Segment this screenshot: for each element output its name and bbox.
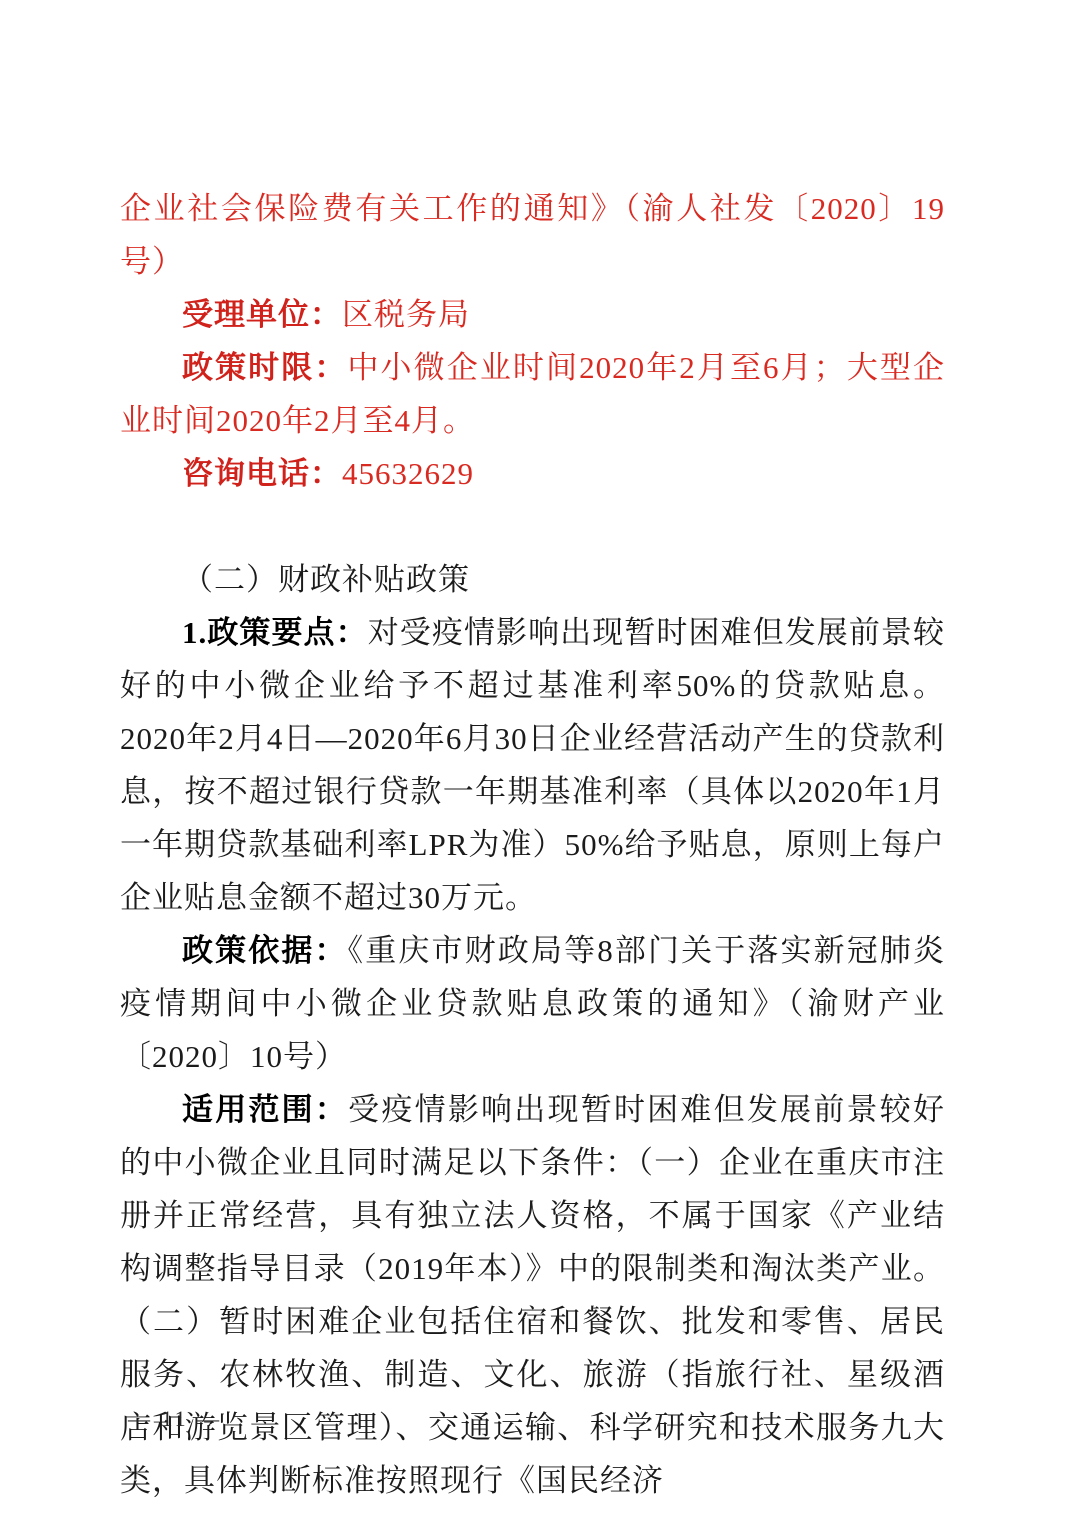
policy-points-label: 1.政策要点：: [182, 615, 368, 650]
accepting-unit-label: 受理单位：: [182, 297, 342, 332]
policy-time-limit-label: 政策时限：: [182, 350, 347, 385]
paragraph-policy-basis: 政策依据：《重庆市财政局等8部门关于落实新冠肺炎疫情期间中小微企业贷款贴息政策的…: [120, 924, 945, 1083]
applicable-scope-body: 受疫情影响出现暂时困难但发展前景较好的中小微企业且同时满足以下条件：（一）企业在…: [120, 1092, 945, 1498]
paragraph-consult-phone: 咨询电话：45632629: [120, 447, 945, 500]
applicable-scope-label: 适用范围：: [182, 1092, 348, 1127]
consult-phone-value: 45632629: [342, 456, 474, 491]
paragraph-policy-time-limit: 政策时限：中小微企业时间2020年2月至6月；大型企业时间2020年2月至4月。: [120, 341, 945, 447]
document-page: 企业社会保险费有关工作的通知》（渝人社发〔2020〕19号） 受理单位：区税务局…: [0, 0, 1075, 1520]
paragraph-notice-title-continuation: 企业社会保险费有关工作的通知》（渝人社发〔2020〕19号）: [120, 182, 945, 288]
page-number: — 11 —: [128, 1404, 222, 1434]
notice-title-text: 企业社会保险费有关工作的通知》（渝人社发〔2020〕19号）: [120, 191, 945, 279]
consult-phone-label: 咨询电话：: [182, 456, 342, 491]
document-body: 企业社会保险费有关工作的通知》（渝人社发〔2020〕19号） 受理单位：区税务局…: [120, 182, 945, 1507]
paragraph-applicable-scope: 适用范围：受疫情影响出现暂时困难但发展前景较好的中小微企业且同时满足以下条件：（…: [120, 1083, 945, 1507]
paragraph-policy-points: 1.政策要点：对受疫情影响出现暂时困难但发展前景较好的中小微企业给予不超过基准利…: [120, 606, 945, 924]
policy-basis-label: 政策依据：: [182, 933, 348, 968]
accepting-unit-value: 区税务局: [342, 297, 470, 332]
policy-points-body: 对受疫情影响出现暂时困难但发展前景较好的中小微企业给予不超过基准利率50%的贷款…: [120, 615, 945, 915]
paragraph-accepting-unit: 受理单位：区税务局: [120, 288, 945, 341]
section-heading-text: （二）财政补贴政策: [182, 562, 470, 597]
section-heading-subsidy-policy: （二）财政补贴政策: [120, 553, 945, 606]
